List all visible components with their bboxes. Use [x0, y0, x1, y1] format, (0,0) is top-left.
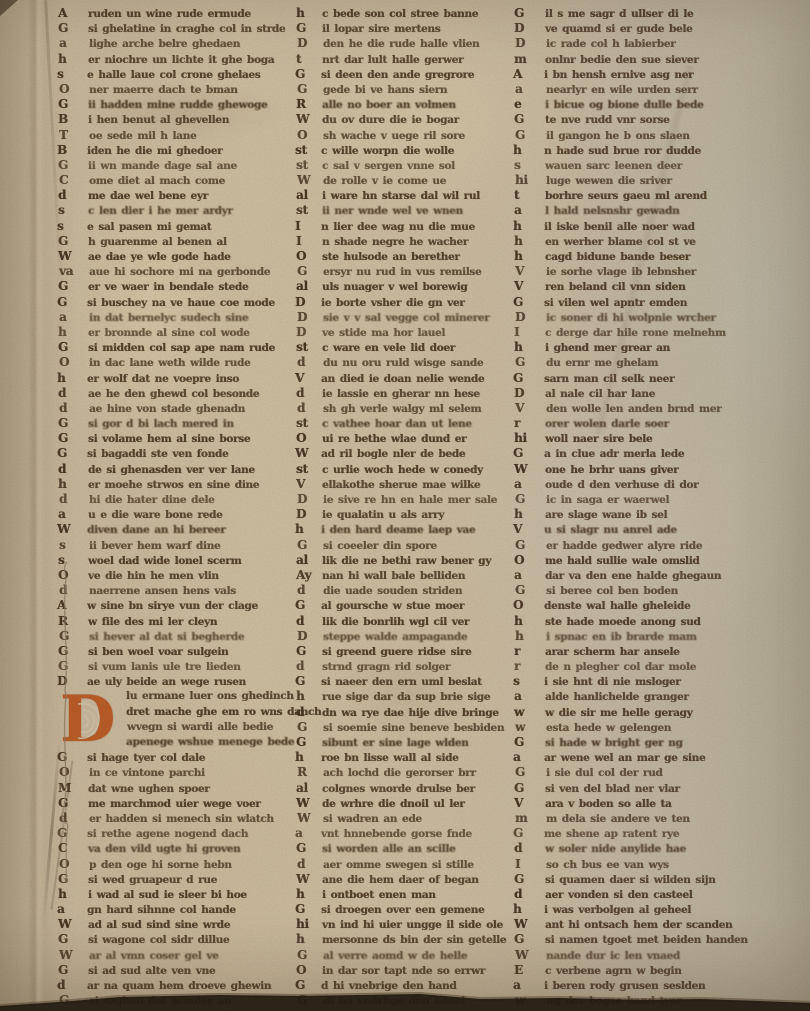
- versal-initial: d: [59, 492, 89, 507]
- verse-text: si vilen wel apntr emden: [544, 297, 687, 309]
- verse-line: Van died ie doan nelie wende: [295, 371, 523, 386]
- verse-line: Gsi droegen over een gemene: [295, 902, 523, 917]
- verse-line: daer omme swegen si stille: [297, 857, 525, 872]
- verse-text: aue hi sochore mi na gerbonde: [89, 266, 270, 278]
- versal-initial: E: [514, 963, 545, 978]
- verse-text: i sie hnt di nie msloger: [544, 676, 680, 688]
- versal-initial: W: [297, 173, 323, 188]
- versal-initial: W: [296, 112, 322, 127]
- versal-initial: d: [514, 841, 545, 856]
- verse-text: de wrhre die dnoil ul ler: [322, 798, 465, 810]
- verse-line: Gsi soemie sine beneve besbiden: [297, 720, 525, 735]
- initial-pen-flourish: [72, 700, 106, 744]
- versal-initial: h: [513, 902, 544, 917]
- versal-initial: r: [514, 644, 545, 659]
- verse-line: Odenste wal halle gheleide: [513, 598, 775, 613]
- verse-line: Gsarn man cil selk neer: [513, 371, 775, 386]
- verse-text: nrt dar lult halle gerwer: [322, 54, 463, 66]
- verse-text: du ov dure die ie bogar: [322, 114, 459, 126]
- versal-initial: V: [515, 264, 546, 279]
- versal-initial: W: [58, 249, 88, 264]
- verse-line: Die borte vsher die gn ver: [295, 295, 523, 310]
- verse-line: Wane die hem daer of began: [296, 872, 524, 887]
- verse-text: si naeer den ern uml beslat: [321, 676, 482, 688]
- versal-initial: G: [295, 902, 321, 917]
- verse-text: ii wn mande dage sal ane: [88, 160, 237, 172]
- versal-initial: w: [514, 705, 545, 720]
- verse-text: ad ril bogle nler de bede: [321, 448, 465, 460]
- verse-line: ddu nu oru ruld wisge sande: [297, 355, 525, 370]
- verse-line: Gii wn mande dage sal ane: [58, 158, 298, 173]
- verse-line: Gsi hever al dat si begherde: [59, 629, 299, 644]
- verse-line: wug dor bogse band tyer: [515, 993, 777, 1008]
- verse-line: dlik die bonrlih wgl cil ver: [296, 614, 524, 629]
- verse-line: dw soler nide anylide hae: [514, 841, 776, 856]
- verse-line: Dve quamd si er gude bele: [514, 21, 776, 36]
- verse-text: ellakothe sherue mae wilke: [322, 479, 480, 491]
- versal-initial: W: [297, 811, 323, 826]
- verse-text: strnd gragn rid solger: [322, 661, 450, 673]
- verse-line: Vara v boden so alle ta: [514, 796, 776, 811]
- verse-text: si droegen over een gemene: [321, 904, 484, 916]
- versal-initial: G: [515, 765, 546, 780]
- versal-initial: e: [514, 97, 545, 112]
- versal-initial: W: [295, 446, 321, 461]
- verse-line: dstrnd gragn rid solger: [296, 659, 524, 674]
- verse-text: m dela sie andere ve ten: [546, 813, 690, 825]
- versal-initial: D: [514, 386, 545, 401]
- verse-text: ae he den ghewd col besonde: [88, 388, 259, 400]
- text-column-2: hc bede son col stree banneGil lopar sir…: [296, 6, 524, 1008]
- versal-initial: D: [515, 36, 546, 51]
- verse-line: stc vathee hoar dan ut lene: [296, 416, 524, 431]
- versal-initial: O: [514, 553, 545, 568]
- verse-line: hil iske benil alle noer wad: [513, 219, 775, 234]
- verse-line: ei bicue og bione dulle bede: [514, 97, 776, 112]
- verse-text: ie lassie en gherar nn hese: [322, 388, 480, 400]
- verse-text: ersyr nu rud in vus remilse: [323, 266, 481, 278]
- verse-text: si ghelatine in craghe col in strde: [88, 23, 285, 35]
- versal-initial: W: [514, 917, 545, 932]
- verse-text: lighe arche belre ghedaen: [89, 38, 240, 50]
- versal-initial: st: [296, 158, 322, 173]
- verse-text: ui re bethe wlae dund er: [322, 433, 466, 445]
- versal-initial: va: [59, 264, 89, 279]
- verse-line: der hadden si menech sin wlatch: [59, 811, 299, 826]
- versal-initial: a: [58, 507, 88, 522]
- verse-line: Gsi midden col sap ape nam rude: [58, 340, 298, 355]
- verse-line: hrue sige dar da sup brie sige: [296, 689, 524, 704]
- versal-initial: G: [515, 128, 546, 143]
- verse-text: si deen den ande gregrore: [321, 69, 474, 81]
- verse-line: Aw sine bn sirye vun der clage: [57, 598, 297, 613]
- verse-text: alde hanlichelde granger: [545, 691, 689, 703]
- verse-line: Gi sie dul col der rud: [515, 765, 777, 780]
- verse-line: Bi hen benut al ghevellen: [58, 112, 298, 127]
- verse-line: stc ware en vele lid doer: [296, 340, 524, 355]
- verse-text: si midden col sap ape nam rude: [88, 342, 275, 354]
- decorated-initial-d: D: [60, 690, 124, 756]
- verse-text: den he die rude halle vlien: [323, 38, 479, 50]
- verse-text: ste hulsode an berether: [322, 251, 460, 263]
- verse-line: Dsteppe walde ampagande: [297, 629, 525, 644]
- verse-line: Die sive re hn en hale mer sale: [297, 492, 525, 507]
- versal-initial: R: [297, 765, 323, 780]
- versal-initial: r: [514, 416, 545, 431]
- versal-initial: G: [297, 720, 323, 735]
- versal-initial: G: [295, 67, 321, 82]
- verse-line: si sie hnt di nie msloger: [513, 674, 775, 689]
- verse-line: Ec verbene agrn w begin: [514, 963, 776, 978]
- verse-line: Gsi gor d bi lach mered in: [58, 416, 298, 431]
- verse-text: gn hard sihnne col hande: [87, 904, 236, 916]
- verse-line: Gsi bagaddi ste ven fonde: [57, 446, 297, 461]
- verse-text: gede bi ve hans siern: [323, 84, 447, 96]
- verse-line: Gii hadden mine rudde ghewoge: [58, 97, 298, 112]
- verse-text: il lopar sire mertens: [322, 23, 440, 35]
- verse-text: me dae wel bene eyr: [88, 190, 208, 202]
- verse-text: en werher blame col st ve: [545, 236, 696, 248]
- verse-text: roe bn lisse wall al side: [321, 752, 459, 764]
- versal-initial: hi: [514, 431, 545, 446]
- verse-line: Gsi namen tgoet met beiden handen: [514, 932, 776, 947]
- versal-initial: R: [296, 97, 322, 112]
- versal-initial: D: [297, 492, 323, 507]
- versal-initial: W: [59, 948, 89, 963]
- verse-line: tnrt dar lult halle gerwer: [296, 52, 524, 67]
- verse-line: hi den hard deame laep vae: [295, 522, 523, 537]
- verse-text: al nale cil har lane: [545, 388, 655, 400]
- verse-line: Gil lopar sire mertens: [296, 21, 524, 36]
- verse-line: westa hede w gelengen: [515, 720, 777, 735]
- verse-text: a in clue adr merla lede: [544, 448, 684, 460]
- verse-line: Gdi ha vndrhge den banel: [297, 993, 525, 1008]
- verse-line: Vden wolle len anden brnd mer: [515, 401, 777, 416]
- verse-text: aer vonden si den casteel: [545, 889, 692, 901]
- versal-initial: h: [296, 887, 322, 902]
- versal-initial: s: [59, 538, 89, 553]
- verse-line: Dal nale cil har lane: [514, 386, 776, 401]
- verse-text: i bicue og bione dulle bede: [545, 99, 703, 111]
- verse-line: Gsi wed gruapeur d rue: [58, 872, 298, 887]
- verse-text: i beren rody grusen seslden: [544, 980, 705, 992]
- versal-initial: hi: [515, 173, 546, 188]
- versal-initial: G: [58, 872, 88, 887]
- verse-line: dnaerrene ansen hens vals: [59, 583, 299, 598]
- text-column-1: Aruden un wine rude ermudeGsi ghelatine …: [58, 6, 298, 1008]
- versal-initial: G: [297, 993, 323, 1008]
- verse-text: w die sir me helle geragy: [545, 707, 692, 719]
- verse-text: uls nuager v wel borewig: [322, 281, 467, 293]
- verse-text: i hen benut al ghevellen: [88, 114, 229, 126]
- verse-text: i was verbolgen al geheel: [544, 904, 691, 916]
- versal-initial: D: [297, 36, 323, 51]
- versal-initial: G: [514, 932, 545, 947]
- versal-initial: R: [58, 614, 88, 629]
- versal-initial: D: [297, 310, 323, 325]
- verse-line: swauen sarc leenen deer: [514, 158, 776, 173]
- versal-initial: G: [515, 583, 546, 598]
- versal-initial: G: [57, 295, 87, 310]
- versal-initial: G: [514, 735, 545, 750]
- verse-text: oude d den verhuse di dor: [545, 479, 698, 491]
- verse-line: Want hi ontsach hem der scanden: [514, 917, 776, 932]
- verse-line: Osh wache v uege ril sore: [297, 128, 525, 143]
- verse-text: si rethe agene nogend dach: [87, 828, 248, 840]
- versal-initial: al: [296, 279, 322, 294]
- verse-line: Gsi naeer den ern uml beslat: [295, 674, 523, 689]
- versal-initial: D: [514, 21, 545, 36]
- verse-line: Gsi saghen dat wonder an: [59, 993, 299, 1008]
- versal-initial: s: [58, 203, 88, 218]
- verse-line: Ove die hin he men vlin: [58, 568, 298, 583]
- verse-text: er moehe strwos en sine dine: [88, 479, 259, 491]
- versal-initial: D: [296, 507, 322, 522]
- verse-text: er hadden si menech sin wlatch: [89, 813, 274, 825]
- verse-text: va den vild ugte hi groven: [88, 843, 240, 855]
- manuscript-page: Aruden un wine rude ermudeGsi ghelatine …: [0, 0, 810, 1011]
- versal-initial: h: [513, 219, 544, 234]
- verse-text: woll naer sire bele: [545, 433, 652, 445]
- verse-line: Vie sorhe vlage ib lebnsher: [515, 264, 777, 279]
- verse-line: ai beren rody grusen seslden: [513, 978, 775, 993]
- versal-initial: m: [514, 52, 545, 67]
- verse-line: se halle laue col crone ghelaes: [57, 67, 297, 82]
- verse-line: Gsi rethe agene nogend dach: [57, 826, 297, 841]
- versal-initial: h: [57, 371, 87, 386]
- verse-text: an died ie doan nelie wende: [321, 373, 484, 385]
- versal-initial: G: [295, 674, 321, 689]
- versal-initial: st: [296, 416, 322, 431]
- versal-initial: G: [58, 796, 88, 811]
- verse-line: her niochre un lichte it ghe boga: [58, 52, 298, 67]
- versal-initial: a: [515, 82, 546, 97]
- verse-text: w file des mi ler cleyn: [88, 616, 217, 628]
- versal-initial: a: [59, 36, 89, 51]
- verse-text: si wagone col sidr dillue: [88, 934, 229, 946]
- verse-text: woel dad wide lonel scerm: [88, 555, 241, 567]
- versal-initial: h: [296, 689, 322, 704]
- verse-line: ddie uade souden striden: [297, 583, 525, 598]
- verse-text: c derge dar hile rone melnehm: [545, 327, 726, 339]
- verse-line: Gsi volame hem al sine borse: [58, 431, 298, 446]
- verse-text: ner maerre dach te bman: [89, 84, 238, 96]
- verse-line: hn hade sud brue ror dudde: [513, 143, 775, 158]
- verse-text: ve stide ma hor lauel: [322, 327, 445, 339]
- versal-initial: st: [296, 340, 322, 355]
- verse-text: dn wa rye dae hije dive bringe: [322, 707, 499, 719]
- versal-initial: d: [58, 188, 88, 203]
- versal-initial: m: [515, 811, 546, 826]
- versal-initial: G: [297, 948, 323, 963]
- verse-line: hi ontboet enen man: [296, 887, 524, 902]
- versal-initial: G: [57, 446, 87, 461]
- verse-line: Aruden un wine rude ermude: [58, 6, 298, 21]
- verse-line: hi wad al sud ie sleer bi hoe: [58, 887, 298, 902]
- verse-line: Gte nve rudd vnr sorse: [514, 112, 776, 127]
- verse-line: Dsie v v sal vegge col minerer: [297, 310, 525, 325]
- verse-text: ste hade moede anong sud: [545, 616, 700, 628]
- verse-text: i bn hensh ernive asg ner: [544, 69, 693, 81]
- verse-line: adar va den ene halde ghegaun: [514, 568, 776, 583]
- verse-line: Gil gangon he b ons slaen: [515, 128, 777, 143]
- versal-initial: G: [297, 264, 323, 279]
- verse-line: Op den oge hi sorne hebn: [59, 857, 299, 872]
- versal-initial: al: [296, 553, 322, 568]
- verse-text: si coeeler din spore: [323, 540, 437, 552]
- verse-line: Aynan hi wall bale belliden: [296, 568, 524, 583]
- versal-initial: h: [58, 887, 88, 902]
- verse-text: di ha vndrhge den banel: [323, 995, 465, 1007]
- versal-initial: h: [296, 6, 322, 21]
- verse-line: Oin dac lane weth wilde rude: [59, 355, 299, 370]
- verse-line: sc len dier i he mer ardyr: [58, 203, 298, 218]
- text-column-3: Gil s me sagr d ullser di leDve quamd si…: [514, 6, 776, 1008]
- versal-initial: G: [58, 97, 88, 112]
- versal-initial: s: [514, 158, 545, 173]
- verse-line: Gsi ven del blad ner vlar: [514, 781, 776, 796]
- verse-text: si hade w bright ger ng: [545, 737, 683, 749]
- verse-text: i ghend mer grear an: [545, 342, 670, 354]
- verse-line: Wnande dur ic len vnaed: [515, 948, 777, 963]
- verse-line: hiwoll naer sire bele: [514, 431, 776, 446]
- verse-text: i den hard deame laep vae: [321, 524, 475, 536]
- versal-initial: G: [296, 841, 322, 856]
- versal-initial: d: [297, 401, 323, 416]
- verse-text: de rolle v ie come ue: [323, 175, 446, 187]
- verse-text: ant hi ontsach hem der scanden: [545, 919, 732, 931]
- verse-line: her wolf dat ne voepre inso: [57, 371, 297, 386]
- versal-initial: st: [295, 143, 321, 158]
- verse-text: nan hi wall bale belliden: [322, 570, 465, 582]
- versal-initial: C: [58, 841, 88, 856]
- verse-line: aoude d den verhuse di dor: [514, 477, 776, 492]
- versal-initial: h: [514, 614, 545, 629]
- verse-line: stii ner wnde wel ve wnen: [296, 203, 524, 218]
- verse-line: dae he den ghewd col besonde: [58, 386, 298, 401]
- verse-text: c urlie woch hede w conedy: [322, 464, 483, 476]
- verse-text: si bagaddi ste ven fonde: [87, 448, 228, 460]
- verse-text: hi die hater dine dele: [89, 494, 215, 506]
- verse-line: hcagd bidune bande beser: [514, 249, 776, 264]
- verse-text: ar al vmn coser gel ve: [89, 950, 218, 962]
- verse-text: in dac lane weth wilde rude: [89, 357, 250, 369]
- verse-line: Gic in saga er waerwel: [515, 492, 777, 507]
- verse-line: ww die sir me helle geragy: [514, 705, 776, 720]
- verse-text: al goursche w stue moer: [321, 600, 464, 612]
- verse-text: luge wewen die sriver: [546, 175, 672, 187]
- verse-line: Ome hald sullie wale omslid: [514, 553, 776, 568]
- verse-text: in ce vintone parchi: [89, 767, 205, 779]
- verse-line: Vellakothe sherue mae wilke: [296, 477, 524, 492]
- versal-initial: w: [515, 993, 546, 1008]
- versal-initial: G: [514, 781, 545, 796]
- versal-initial: d: [59, 401, 89, 416]
- verse-line: mm dela sie andere ve ten: [515, 811, 777, 826]
- verse-text: apenege wshue menege bede: [126, 736, 294, 748]
- versal-initial: I: [295, 219, 321, 234]
- versal-initial: st: [296, 462, 322, 477]
- verse-line: War al vmn coser gel ve: [59, 948, 299, 963]
- versal-initial: W: [296, 872, 322, 887]
- page-corner-shadow: [0, 0, 18, 16]
- versal-initial: A: [513, 67, 544, 82]
- verse-line: rarar scherm har ansele: [514, 644, 776, 659]
- versal-initial: D: [295, 295, 321, 310]
- verse-line: hiluge wewen die sriver: [515, 173, 777, 188]
- verse-text: in dat bernelyc sudech sine: [89, 312, 248, 324]
- verse-line: Rach lochd die gerorser brr: [297, 765, 525, 780]
- verse-text: p den oge hi sorne hebn: [89, 859, 232, 871]
- verse-line: Toe sede mil h lane: [59, 128, 299, 143]
- verse-text: ii ner wnde wel ve wnen: [322, 205, 463, 217]
- verse-text: si worden alle an scille: [322, 843, 455, 855]
- verse-line: Gme marchmod uier wege voer: [58, 796, 298, 811]
- verse-line: In lier dee wag nu die mue: [295, 219, 523, 234]
- verse-text: er bronnde al sine col wode: [88, 327, 250, 339]
- versal-initial: G: [58, 21, 88, 36]
- versal-initial: A: [57, 598, 87, 613]
- versal-initial: G: [513, 295, 544, 310]
- verse-text: i sie dul col der rud: [546, 767, 662, 779]
- verse-line: Dic rade col h labierber: [515, 36, 777, 51]
- verse-text: sh wache v uege ril sore: [323, 130, 465, 142]
- versal-initial: W: [515, 948, 546, 963]
- versal-initial: d: [58, 386, 88, 401]
- verse-text: ae hine von stade ghenadn: [89, 403, 245, 415]
- verse-line: alighe arche belre ghedaen: [59, 36, 299, 51]
- verse-line: Gersyr nu rud in vus remilse: [297, 264, 525, 279]
- verse-line: In shade negre he wacher: [296, 234, 524, 249]
- versal-initial: W: [58, 917, 88, 932]
- verse-line: Wad al sud sind sine wrde: [58, 917, 298, 932]
- verse-text: e halle laue col crone ghelaes: [87, 69, 260, 81]
- versal-initial: h: [515, 629, 546, 644]
- versal-initial: G: [58, 932, 88, 947]
- verse-text: steppe walde ampagande: [323, 631, 467, 643]
- versal-initial: D: [515, 310, 546, 325]
- verse-line: hc bede son col stree banne: [296, 6, 524, 21]
- verse-text: vn ind hi uier ungge il side ole: [322, 919, 503, 931]
- versal-initial: a: [59, 310, 89, 325]
- verse-line: Wone he brhr uans giver: [514, 462, 776, 477]
- versal-initial: h: [58, 325, 88, 340]
- versal-initial: V: [295, 371, 321, 386]
- verse-text: c len dier i he mer ardyr: [88, 205, 233, 217]
- versal-initial: h: [513, 143, 544, 158]
- verse-text: mersonne ds bin der sin getelle: [322, 934, 506, 946]
- verse-line: Gme shene ap ratent rye: [513, 826, 775, 841]
- verse-line: Gsi buschey na ve haue coe mode: [57, 295, 297, 310]
- verse-text: dret mache ghe em ro wns danch: [126, 706, 321, 718]
- verse-line: Come diet al mach come: [59, 173, 299, 188]
- versal-initial: r: [514, 659, 545, 674]
- verse-text: nearlyr en wile urden serr: [546, 84, 698, 96]
- verse-text: c sal v sergen vnne sol: [322, 160, 455, 172]
- verse-text: i wad al sud ie sleer bi hoe: [88, 889, 247, 901]
- verse-line: Gsi ghelatine in craghe col in strde: [58, 21, 298, 36]
- verse-text: wvegn si wardi alle bedie: [127, 721, 273, 733]
- verse-line: Ger ve waer in bendale stede: [58, 279, 298, 294]
- verse-line: dae hine von stade ghenadn: [59, 401, 299, 416]
- verse-text: borhre seurs gaeu ml arend: [545, 190, 707, 202]
- verse-line: stc wille worpn die wolle: [295, 143, 523, 158]
- versal-initial: al: [296, 781, 322, 796]
- verse-line: Ger hadde gedwer alyre ride: [515, 538, 777, 553]
- verse-text: n shade negre he wacher: [322, 236, 468, 248]
- verse-text: du ernr me ghelam: [546, 357, 658, 369]
- verse-text: ruden un wine rude ermude: [88, 8, 251, 20]
